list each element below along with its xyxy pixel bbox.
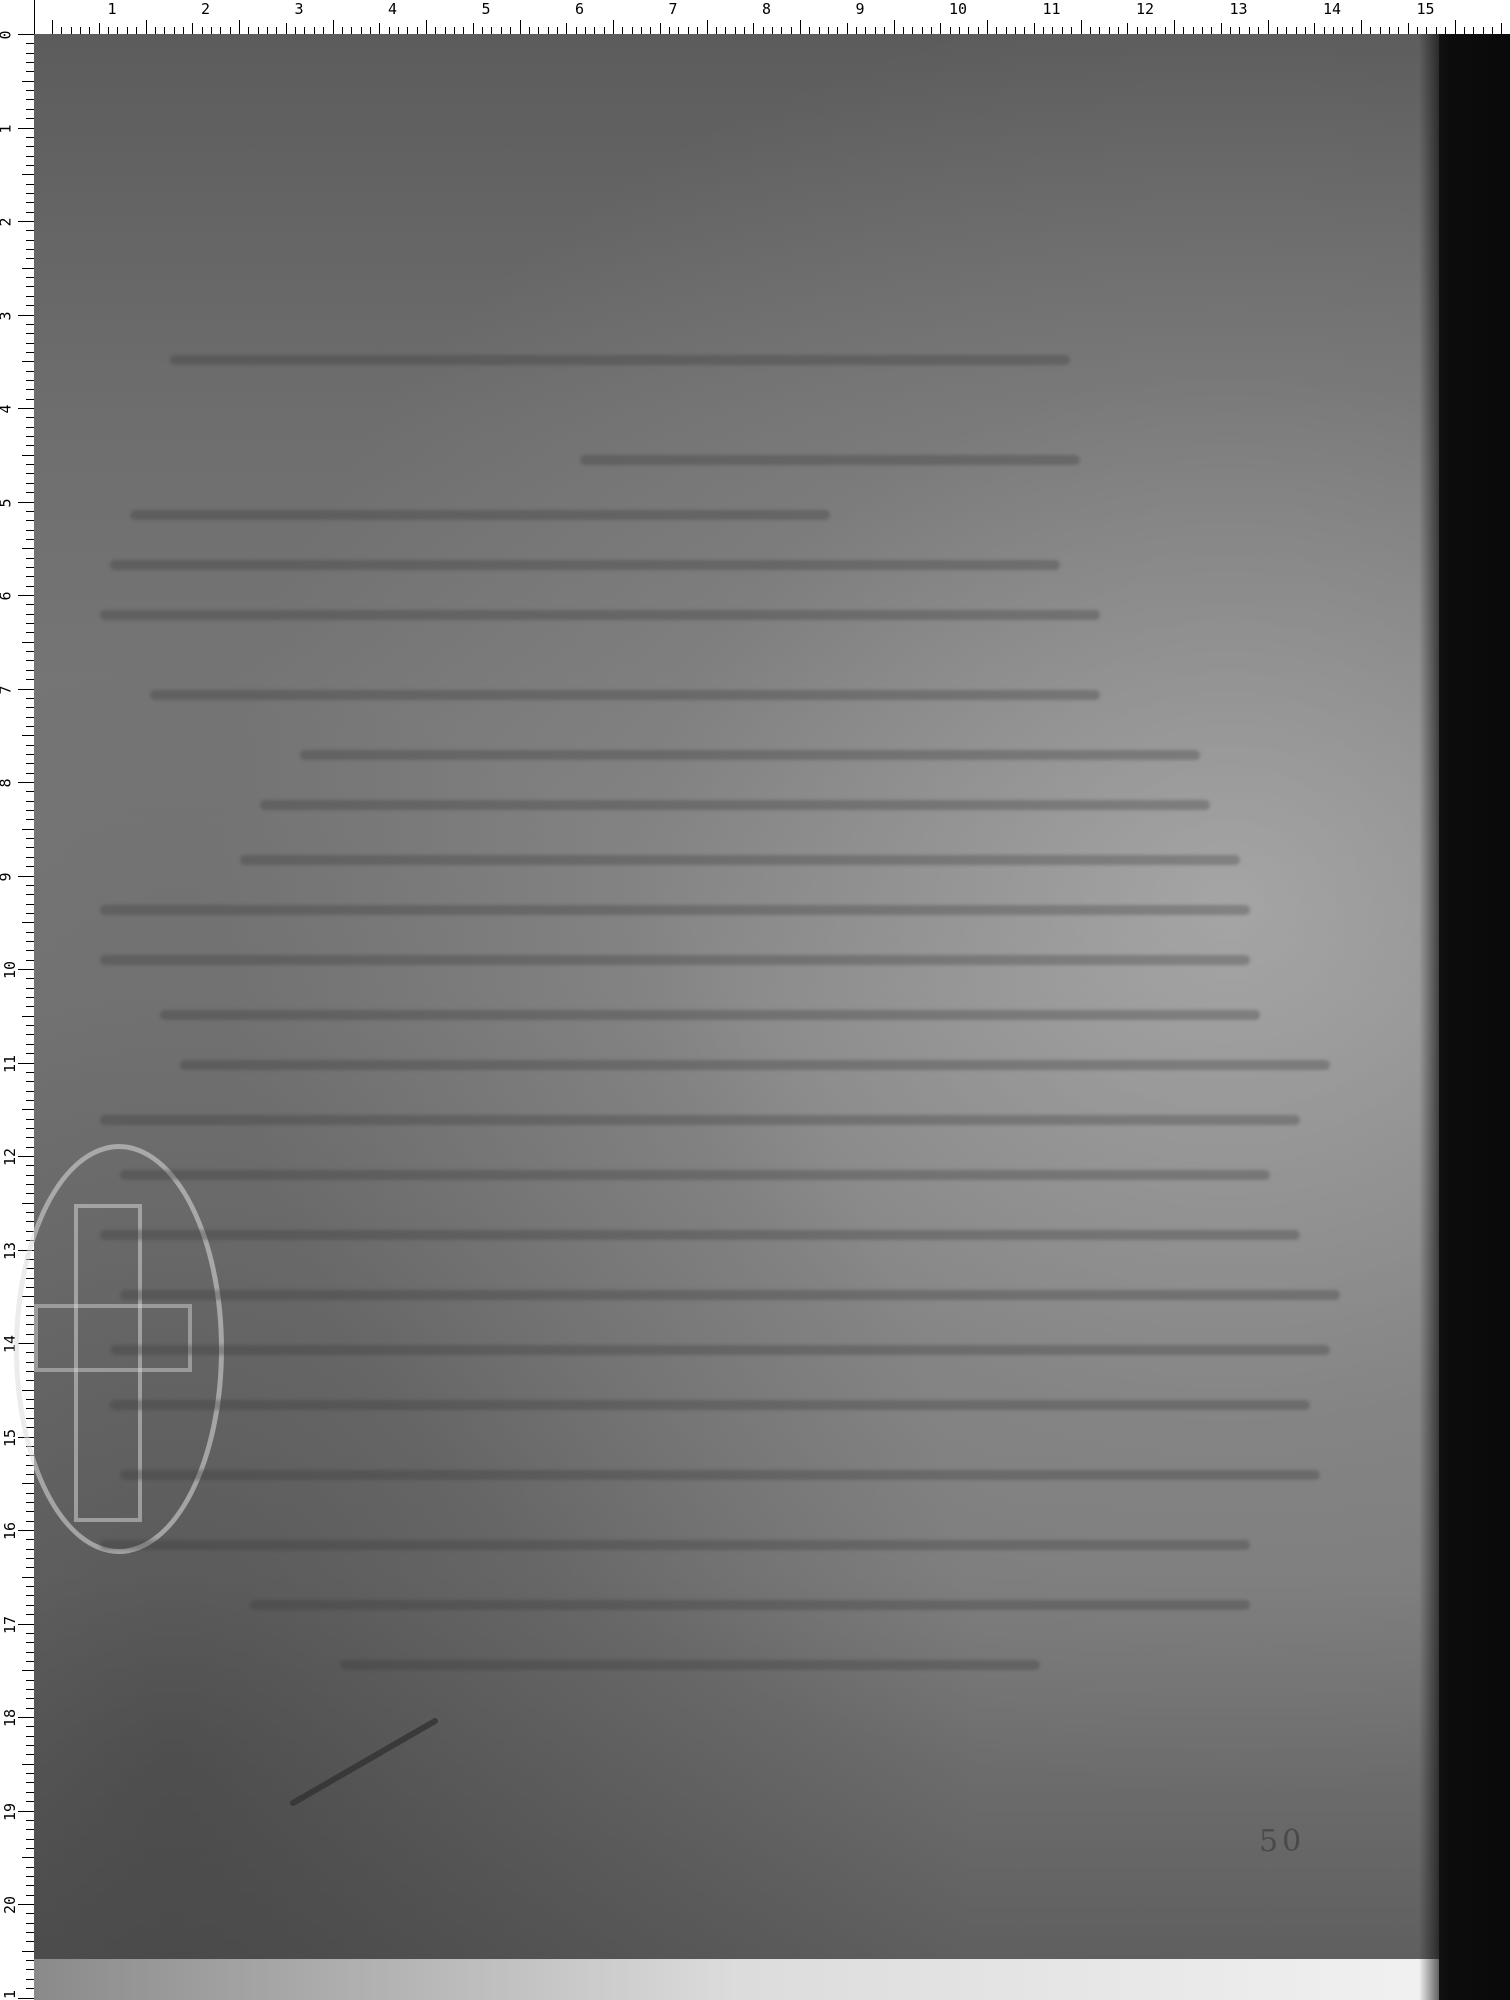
ruler-tick: [26, 679, 34, 680]
horizontal-ruler: 01234567891011121314151: [0, 0, 1510, 35]
ruler-tick: [26, 109, 34, 110]
ruler-label: 3: [295, 0, 304, 18]
ruler-tick: [26, 1137, 34, 1138]
ruler-tick: [26, 791, 34, 792]
ruler-tick: [26, 1913, 34, 1914]
ruler-tick: [1155, 27, 1156, 34]
handwriting-line: [340, 1660, 1040, 1670]
ruler-tick: [26, 539, 34, 540]
ruler-tick: [26, 483, 34, 484]
ruler-tick: [26, 427, 34, 428]
ruler-tick: [26, 277, 34, 278]
ruler-tick: [1249, 27, 1250, 34]
ruler-tick: [18, 1998, 34, 1999]
ruler-tick: [71, 27, 72, 34]
ruler-tick: [379, 23, 380, 34]
binding-shadow: [1419, 34, 1510, 2000]
ruler-tick: [1380, 27, 1381, 34]
ruler-label: 11: [1, 1054, 19, 1072]
ruler-label: 9: [856, 0, 865, 18]
ruler-tick: [510, 27, 511, 34]
ruler-label: 12: [1136, 0, 1154, 18]
ruler-tick: [26, 651, 34, 652]
ruler-tick: [26, 305, 34, 306]
ruler-label: 3: [0, 311, 15, 320]
ruler-tick: [22, 1764, 34, 1765]
ruler-tick: [26, 1044, 34, 1045]
ruler-tick: [26, 286, 34, 287]
ruler-tick: [26, 576, 34, 577]
ruler-tick: [978, 27, 979, 34]
ruler-tick: [127, 27, 128, 34]
ruler-tick: [1483, 27, 1484, 34]
ruler-tick: [26, 240, 34, 241]
ruler-tick: [538, 27, 539, 34]
ruler-tick: [18, 1811, 34, 1812]
ruler-tick: [566, 23, 567, 34]
ruler-tick: [735, 27, 736, 34]
ruler-label: 8: [0, 778, 15, 787]
ruler-tick: [333, 20, 334, 34]
ruler-tick: [26, 660, 34, 661]
ruler-tick: [1052, 27, 1053, 34]
ruler-label: 6: [0, 591, 15, 600]
ruler-tick: [26, 623, 34, 624]
ruler-tick: [1034, 23, 1035, 34]
ruler-tick: [26, 90, 34, 91]
ruler-tick: [26, 1175, 34, 1176]
ruler-tick: [26, 1595, 34, 1596]
ruler-tick: [1352, 27, 1353, 34]
ruler-tick: [1277, 27, 1278, 34]
ruler-tick: [1165, 27, 1166, 34]
ruler-tick: [26, 371, 34, 372]
ruler-tick: [26, 1867, 34, 1868]
ruler-tick: [22, 1577, 34, 1578]
ruler-label: 6: [575, 0, 584, 18]
ruler-tick: [18, 595, 34, 596]
ruler-tick: [22, 548, 34, 549]
ruler-tick: [641, 27, 642, 34]
ruler-tick: [1202, 27, 1203, 34]
ruler-tick: [763, 27, 764, 34]
ruler-tick: [1464, 27, 1465, 34]
ruler-tick: [18, 1063, 34, 1064]
ruler-tick: [26, 1661, 34, 1662]
ruler-label: 10: [1, 961, 19, 979]
ruler-tick: [26, 1034, 34, 1035]
ruler-tick: [26, 1053, 34, 1054]
ruler-tick: [26, 1614, 34, 1615]
handwriting-line: [120, 1290, 1340, 1300]
ruler-tick: [26, 352, 34, 353]
ruler-label: 1: [108, 0, 117, 18]
ruler-tick: [108, 27, 109, 34]
ruler-label: 18: [1, 1709, 19, 1727]
ruler-tick: [80, 27, 81, 34]
ruler-tick: [407, 27, 408, 34]
ruler-tick: [622, 27, 623, 34]
ruler-tick: [959, 27, 960, 34]
ruler-tick: [26, 904, 34, 905]
ruler-tick: [26, 1147, 34, 1148]
ruler-tick: [22, 642, 34, 643]
ruler-tick: [26, 1605, 34, 1606]
ruler-label: 9: [0, 872, 15, 881]
ruler-tick: [26, 417, 34, 418]
folio-number: 50: [1259, 1824, 1305, 1859]
ruler-tick: [26, 1829, 34, 1830]
ruler-tick: [99, 23, 100, 34]
ruler-tick: [669, 27, 670, 34]
ruler-tick: [248, 27, 249, 34]
ruler-tick: [828, 27, 829, 34]
ruler-tick: [26, 165, 34, 166]
handwriting-line: [240, 855, 1240, 865]
ruler-label: 20: [1, 1896, 19, 1914]
ruler-tick: [26, 1698, 34, 1699]
ruler-tick: [18, 1717, 34, 1718]
ruler-tick: [847, 23, 848, 34]
ruler-tick: [26, 960, 34, 961]
ruler-label: 7: [669, 0, 678, 18]
ruler-tick: [987, 20, 988, 34]
ruler-tick: [26, 1801, 34, 1802]
handwriting-line: [250, 1600, 1250, 1610]
ruler-label: 15: [1, 1428, 19, 1446]
ruler-tick: [18, 1530, 34, 1531]
ruler-tick: [26, 1736, 34, 1737]
ruler-tick: [26, 950, 34, 951]
ruler-tick: [22, 829, 34, 830]
ruler-tick: [26, 1184, 34, 1185]
ruler-tick: [26, 1511, 34, 1512]
ruler-tick: [26, 988, 34, 989]
ruler-tick: [26, 847, 34, 848]
ruler-tick: [809, 27, 810, 34]
ruler-tick: [1230, 27, 1231, 34]
ruler-tick: [996, 27, 997, 34]
handwriting-line: [100, 1230, 1300, 1240]
ruler-tick: [707, 20, 708, 34]
ruler-tick: [26, 296, 34, 297]
vertical-ruler: 0123456789101112131415161718192021: [0, 0, 35, 2000]
ruler-tick: [26, 1773, 34, 1774]
handwriting-line: [170, 355, 1070, 365]
ruler-tick: [1024, 27, 1025, 34]
ruler-tick: [26, 1652, 34, 1653]
ruler-tick: [26, 1006, 34, 1007]
ruler-tick: [26, 1633, 34, 1634]
handwriting-line: [130, 510, 830, 520]
ruler-tick: [1389, 27, 1390, 34]
ruler-label: 11: [1043, 0, 1061, 18]
ruler-tick: [89, 27, 90, 34]
ruler-tick: [26, 726, 34, 727]
ruler-tick: [800, 20, 801, 34]
ruler-tick: [1043, 27, 1044, 34]
ruler-tick: [26, 1212, 34, 1213]
ruler-tick: [744, 27, 745, 34]
ruler-tick: [1473, 27, 1474, 34]
ruler-tick: [26, 118, 34, 119]
ruler-tick: [791, 27, 792, 34]
ruler-tick: [1426, 27, 1427, 34]
ruler-tick: [697, 27, 698, 34]
ruler-tick: [884, 27, 885, 34]
ruler-tick: [1296, 27, 1297, 34]
ruler-tick: [26, 156, 34, 157]
ruler-tick: [557, 27, 558, 34]
ruler-tick: [660, 23, 661, 34]
ruler-tick: [26, 1165, 34, 1166]
ruler-tick: [26, 1081, 34, 1082]
handwriting-line: [100, 610, 1100, 620]
ruler-tick: [26, 1567, 34, 1568]
ruler-tick: [26, 745, 34, 746]
ruler-tick: [22, 1016, 34, 1017]
ruler-tick: [18, 408, 34, 409]
ruler-tick: [26, 1923, 34, 1924]
ruler-tick: [1268, 20, 1269, 34]
ruler-label: 19: [1, 1802, 19, 1820]
ruler-tick: [304, 27, 305, 34]
ruler-tick: [1174, 20, 1175, 34]
ruler-tick: [26, 567, 34, 568]
ruler-tick: [398, 27, 399, 34]
ruler-tick: [26, 1521, 34, 1522]
ruler-tick: [26, 137, 34, 138]
ruler-tick: [18, 876, 34, 877]
ruler-tick: [52, 20, 53, 34]
ruler-tick: [295, 27, 296, 34]
ruler-tick: [520, 20, 521, 34]
ruler-tick: [26, 1539, 34, 1540]
ruler-tick: [183, 27, 184, 34]
ruler-tick: [1015, 27, 1016, 34]
ruler-tick: [1006, 27, 1007, 34]
ruler-tick: [426, 20, 427, 34]
ruler-tick: [1445, 27, 1446, 34]
ruler-tick: [26, 997, 34, 998]
ruler-tick: [26, 1025, 34, 1026]
ruler-tick: [26, 773, 34, 774]
handwriting-line: [160, 1010, 1260, 1020]
ruler-label: 2: [0, 217, 15, 226]
ruler-tick: [18, 969, 34, 970]
ruler-tick: [1333, 27, 1334, 34]
ruler-tick: [931, 27, 932, 34]
ruler-tick: [604, 27, 605, 34]
ruler-tick: [688, 27, 689, 34]
ruler-tick: [26, 1885, 34, 1886]
ruler-tick: [22, 174, 34, 175]
ruler-label: 13: [1, 1241, 19, 1259]
ruler-tick: [650, 27, 651, 34]
ruler-tick: [26, 99, 34, 100]
ruler-tick: [323, 27, 324, 34]
ruler-tick: [61, 27, 62, 34]
ruler-tick: [1342, 27, 1343, 34]
ink-stroke: [289, 1717, 439, 1807]
ruler-tick: [678, 27, 679, 34]
ruler-tick: [26, 1708, 34, 1709]
ruler-tick: [576, 27, 577, 34]
ruler-tick: [26, 1820, 34, 1821]
ruler-tick: [220, 27, 221, 34]
ruler-tick: [174, 27, 175, 34]
ruler-tick: [26, 1792, 34, 1793]
ruler-tick: [26, 436, 34, 437]
ruler-tick: [463, 27, 464, 34]
ruler-tick: [26, 1091, 34, 1092]
ruler-tick: [26, 604, 34, 605]
ruler-tick: [18, 1904, 34, 1905]
ruler-tick: [26, 1848, 34, 1849]
ruler-tick: [18, 34, 34, 35]
ruler-tick: [26, 184, 34, 185]
ruler-tick: [26, 1979, 34, 1980]
ruler-tick: [781, 27, 782, 34]
ruler-tick: [26, 1960, 34, 1961]
ruler-tick: [912, 27, 913, 34]
ruler-tick: [267, 27, 268, 34]
ruler-tick: [1501, 23, 1502, 34]
ruler-tick: [1071, 27, 1072, 34]
ruler-tick: [1324, 27, 1325, 34]
ruler-tick: [26, 445, 34, 446]
ruler-tick: [342, 27, 343, 34]
ruler-tick: [1127, 23, 1128, 34]
ruler-tick: [26, 941, 34, 942]
ruler-tick: [1081, 20, 1082, 34]
ruler-tick: [753, 23, 754, 34]
ruler-tick: [22, 1203, 34, 1204]
ruler-tick: [1305, 27, 1306, 34]
ruler-tick: [258, 27, 259, 34]
ruler-tick: [26, 1895, 34, 1896]
ruler-tick: [26, 71, 34, 72]
ruler-tick: [26, 1502, 34, 1503]
ruler-tick: [1221, 23, 1222, 34]
ruler-tick: [529, 27, 530, 34]
ruler-tick: [26, 632, 34, 633]
ruler-tick: [894, 20, 895, 34]
ruler-tick: [26, 258, 34, 259]
ruler-label: 8: [762, 0, 771, 18]
handwriting-line: [120, 1170, 1270, 1180]
ruler-tick: [1099, 27, 1100, 34]
ruler-tick: [26, 202, 34, 203]
ruler-tick: [26, 1988, 34, 1989]
ruler-tick: [26, 763, 34, 764]
ruler-label: 1: [0, 124, 15, 133]
ruler-tick: [18, 221, 34, 222]
ruler-tick: [26, 1876, 34, 1877]
handwriting-line: [100, 1115, 1300, 1125]
ruler-tick: [26, 343, 34, 344]
ruler-tick: [26, 492, 34, 493]
ruler-tick: [22, 455, 34, 456]
ruler-tick: [1137, 27, 1138, 34]
ruler-tick: [435, 27, 436, 34]
ruler-tick: [314, 27, 315, 34]
ruler-tick: [26, 399, 34, 400]
handwriting-line: [180, 1060, 1330, 1070]
ruler-tick: [26, 707, 34, 708]
ruler-tick: [146, 20, 147, 34]
ruler-label: 15: [1417, 0, 1435, 18]
ruler-tick: [26, 43, 34, 44]
ruler-tick: [26, 1549, 34, 1550]
ruler-tick: [202, 27, 203, 34]
ruler-tick: [26, 333, 34, 334]
ruler-tick: [26, 1119, 34, 1120]
ruler-tick: [26, 212, 34, 213]
ruler-tick: [613, 20, 614, 34]
ruler-tick: [940, 23, 941, 34]
ruler-tick: [1090, 27, 1091, 34]
ruler-label: 4: [0, 404, 15, 413]
ruler-tick: [26, 146, 34, 147]
ruler-tick: [22, 1670, 34, 1671]
ruler-tick: [22, 1857, 34, 1858]
ruler-tick: [230, 27, 231, 34]
ruler-tick: [26, 819, 34, 820]
ruler-tick: [389, 27, 390, 34]
ruler-tick: [211, 27, 212, 34]
handwriting-line: [300, 750, 1200, 760]
ruler-tick: [22, 922, 34, 923]
ruler-label: 16: [1, 1522, 19, 1540]
ruler-tick: [26, 866, 34, 867]
ruler-tick: [26, 754, 34, 755]
ruler-tick: [351, 27, 352, 34]
ruler-tick: [136, 27, 137, 34]
ruler-label: 10: [949, 0, 967, 18]
ruler-tick: [950, 27, 951, 34]
ruler-tick: [26, 1839, 34, 1840]
ruler-tick: [1436, 27, 1437, 34]
handwriting-line: [150, 690, 1100, 700]
ruler-tick: [1193, 27, 1194, 34]
handwriting-line: [110, 1345, 1330, 1355]
ruler-tick: [22, 1951, 34, 1952]
ruler-tick: [1239, 27, 1240, 34]
ruler-tick: [22, 361, 34, 362]
ruler-tick: [26, 1726, 34, 1727]
ruler-tick: [1398, 27, 1399, 34]
ruler-tick: [903, 27, 904, 34]
ruler-tick: [1361, 20, 1362, 34]
ruler-tick: [632, 27, 633, 34]
ruler-tick: [26, 53, 34, 54]
ruler-tick: [26, 1969, 34, 1970]
ruler-label: 17: [1, 1615, 19, 1633]
handwriting-line: [100, 955, 1250, 965]
ruler-tick: [819, 27, 820, 34]
ruler-tick: [1417, 27, 1418, 34]
ruler-tick: [26, 230, 34, 231]
ruler-tick: [1062, 27, 1063, 34]
ruler-tick: [276, 27, 277, 34]
ruler-label: 7: [0, 685, 15, 694]
ruler-tick: [1286, 27, 1287, 34]
ruler-tick: [22, 268, 34, 269]
ruler-tick: [26, 801, 34, 802]
ruler-tick: [22, 81, 34, 82]
ruler-tick: [1146, 27, 1147, 34]
